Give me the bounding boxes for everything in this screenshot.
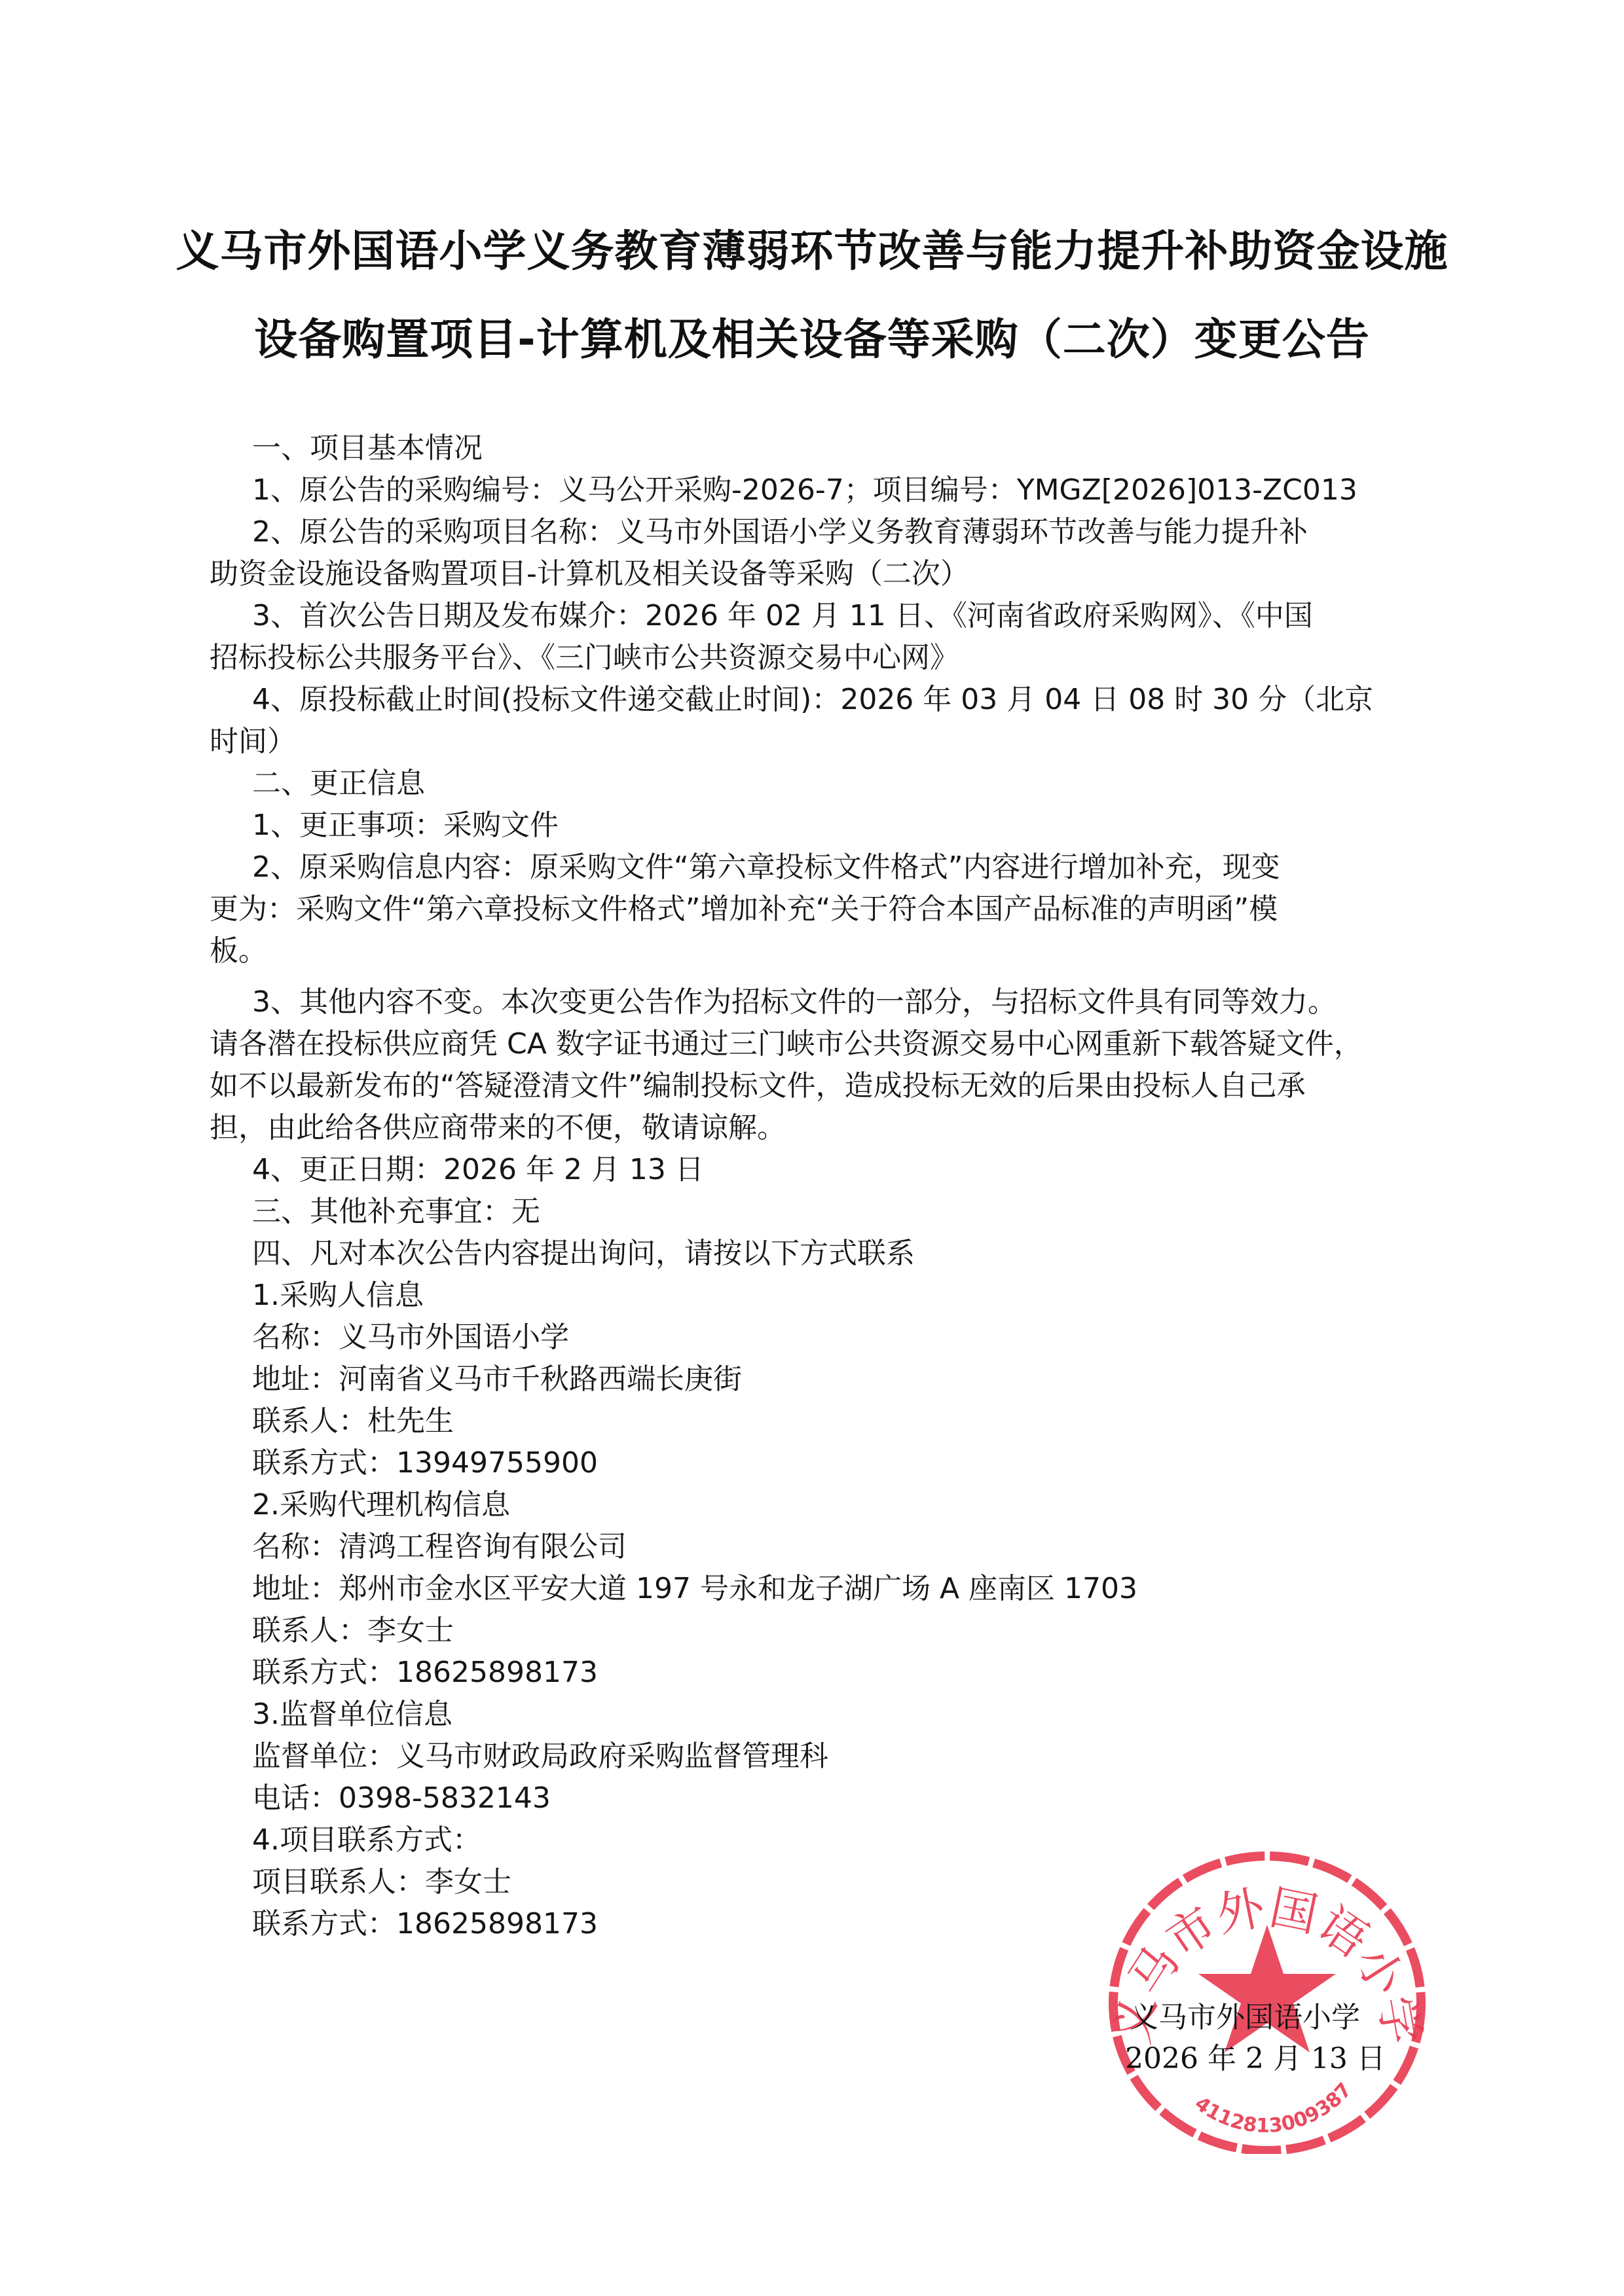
purchaser-address: 地址：河南省义马市千秋路西端长庚街 bbox=[252, 1355, 742, 1397]
section-1-item-2b: 助资金设施设备购置项目-计算机及相关设备等采购（二次） bbox=[210, 550, 969, 592]
section-2-item-3c: 如不以最新发布的“答疑澄清文件”编制投标文件，造成投标无效的后果由投标人自己承 bbox=[210, 1062, 1306, 1104]
section-2-item-4: 4、更正日期：2026 年 2 月 13 日 bbox=[252, 1146, 704, 1188]
section-4-heading: 四、凡对本次公告内容提出询问，请按以下方式联系 bbox=[252, 1230, 915, 1271]
agency-name: 名称：清鸿工程咨询有限公司 bbox=[252, 1523, 627, 1565]
section-3-heading: 三、其他补充事宜：无 bbox=[252, 1188, 540, 1230]
section-2-item-3b: 请各潜在投标供应商凭 CA 数字证书通过三门峡市公共资源交易中心网重新下载答疑文… bbox=[210, 1020, 1363, 1062]
project-contact-phone: 联系方式：18625898173 bbox=[252, 1900, 598, 1942]
svg-text:4112813009387: 4112813009387 bbox=[1190, 2079, 1357, 2138]
signature-org: 义马市外国语小学 bbox=[1130, 1994, 1360, 2035]
announcement-page: 义马市外国语小学义务教育薄弱环节改善与能力提升补助资金设施 设备购置项目-计算机… bbox=[0, 0, 1624, 2296]
section-2-heading: 二、更正信息 bbox=[252, 759, 425, 801]
purchaser-phone: 联系方式：13949755900 bbox=[252, 1439, 598, 1481]
section-1-item-4a: 4、原投标截止时间(投标文件递交截止时间)：2026 年 03 月 04 日 0… bbox=[252, 676, 1373, 718]
purchaser-heading: 1.采购人信息 bbox=[252, 1271, 424, 1313]
section-1-item-2a: 2、原公告的采购项目名称：义马市外国语小学义务教育薄弱环节改善与能力提升补 bbox=[252, 508, 1308, 550]
agency-contact: 联系人：李女士 bbox=[252, 1607, 454, 1649]
section-1-item-1: 1、原公告的采购编号：义马公开采购-2026-7；项目编号：YMGZ[2026]… bbox=[252, 466, 1357, 508]
section-1-item-4b: 时间） bbox=[210, 718, 296, 759]
project-contact-heading: 4.项目联系方式： bbox=[252, 1816, 481, 1858]
section-2-item-2a: 2、原采购信息内容：原采购文件“第六章投标文件格式”内容进行增加补充，现变 bbox=[252, 843, 1280, 885]
section-2-item-3a: 3、其他内容不变。本次变更公告作为招标文件的一部分，与招标文件具有同等效力。 bbox=[252, 978, 1337, 1020]
purchaser-name: 名称：义马市外国语小学 bbox=[252, 1313, 569, 1355]
agency-phone: 联系方式：18625898173 bbox=[252, 1649, 598, 1690]
supervisor-unit: 监督单位：义马市财政局政府采购监督管理科 bbox=[252, 1732, 828, 1774]
section-2-item-2c: 板。 bbox=[210, 927, 267, 969]
section-2-item-3d: 担，由此给各供应商带来的不便，敬请谅解。 bbox=[210, 1104, 786, 1146]
document-title-line-1: 义马市外国语小学义务教育薄弱环节改善与能力提升补助资金设施 bbox=[0, 216, 1624, 278]
section-1-item-3b: 招标投标公共服务平台》、《三门峡市公共资源交易中心网》 bbox=[210, 634, 959, 676]
purchaser-contact: 联系人：杜先生 bbox=[252, 1397, 454, 1439]
project-contact-person: 项目联系人：李女士 bbox=[252, 1858, 511, 1900]
section-2-item-1: 1、更正事项：采购文件 bbox=[252, 801, 559, 843]
section-1-heading: 一、项目基本情况 bbox=[252, 424, 483, 466]
supervisor-heading: 3.监督单位信息 bbox=[252, 1690, 452, 1732]
section-1-item-3a: 3、首次公告日期及发布媒介：2026 年 02 月 11 日、《河南省政府采购网… bbox=[252, 592, 1313, 634]
agency-address: 地址：郑州市金水区平安大道 197 号永和龙子湖广场 A 座南区 1703 bbox=[252, 1565, 1137, 1607]
section-2-item-2b: 更为：采购文件“第六章投标文件格式”增加补充“关于符合本国产品标准的声明函”模 bbox=[210, 885, 1278, 927]
agency-heading: 2.采购代理机构信息 bbox=[252, 1481, 510, 1523]
signature-date: 2026 年 2 月 13 日 bbox=[1125, 2035, 1386, 2077]
document-title-line-2: 设备购置项目-计算机及相关设备等采购（二次）变更公告 bbox=[0, 304, 1624, 367]
supervisor-phone: 电话：0398-5832143 bbox=[252, 1774, 551, 1816]
